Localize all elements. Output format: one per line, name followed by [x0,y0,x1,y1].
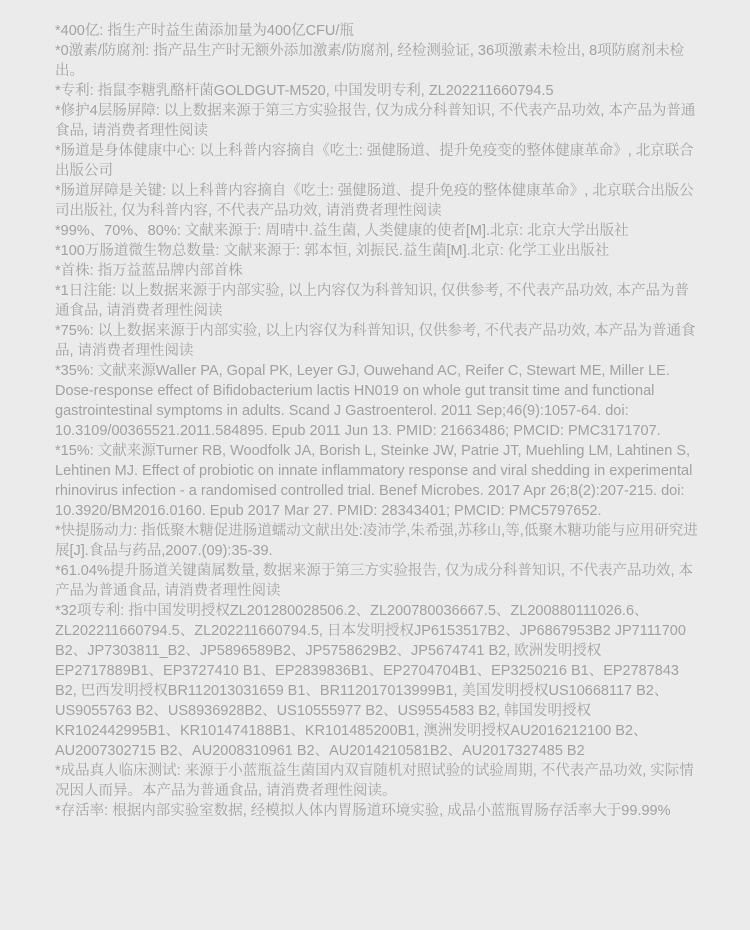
footnote-item: *75%: 以上数据来源于内部实验, 以上内容仅为科普知识, 仅供参考, 不代表… [55,321,700,361]
footnote-item: *400亿: 指生产时益生菌添加量为400亿CFU/瓶 [55,21,700,41]
footnote-item: *肠道是身体健康中心: 以上科普内容摘自《吃土: 强健肠道、提升免疫变的整体健康… [55,141,700,181]
footnote-item: *61.04%提升肠道关键菌属数量, 数据来源于第三方实验报告, 仅为成分科普知… [55,561,700,601]
footnote-item: *首株: 指万益蓝品牌内部首株 [55,261,700,281]
footnote-item: *0激素/防腐剂: 指产品生产时无额外添加激素/防腐剂, 经检测验证, 36项激… [55,41,700,81]
footnote-item: *32项专利: 指中国发明授权ZL201280028506.2、ZL200780… [55,601,700,761]
footnote-item: *100万肠道微生物总数量: 文献来源于: 郭本恒, 刘振民.益生菌[M].北京… [55,241,700,261]
footnote-item: *修护4层肠屏障: 以上数据来源于第三方实验报告, 仅为成分科普知识, 不代表产… [55,101,700,141]
footnote-item: *35%: 文献来源Waller PA, Gopal PK, Leyer GJ,… [55,361,700,441]
footnote-list: *400亿: 指生产时益生菌添加量为400亿CFU/瓶*0激素/防腐剂: 指产品… [55,21,700,821]
footnote-item: *15%: 文献来源Turner RB, Woodfolk JA, Borish… [55,441,700,521]
footnote-item: *成品真人临床测试: 来源于小蓝瓶益生菌国内双盲随机对照试验的试验周期, 不代表… [55,761,700,801]
footnote-item: *专利: 指鼠李糖乳酪杆菌GOLDGUT-M520, 中国发明专利, ZL202… [55,81,700,101]
footnote-item: *1日注能: 以上数据来源于内部实验, 以上内容仅为科普知识, 仅供参考, 不代… [55,281,700,321]
footnote-item: *存活率: 根据内部实验室数据, 经模拟人体内胃肠道环境实验, 成品小蓝瓶胃肠存… [55,801,700,821]
footnote-item: *快提肠动力: 指低聚木糖促进肠道蠕动文献出处:凌沛学,朱希强,苏移山,等,低聚… [55,521,700,561]
footnote-item: *肠道屏障是关键: 以上科普内容摘自《吃土: 强健肠道、提升免疫的整体健康革命》… [55,181,700,221]
product-disclaimer-section: *400亿: 指生产时益生菌添加量为400亿CFU/瓶*0激素/防腐剂: 指产品… [0,0,750,841]
footnote-item: *99%、70%、80%: 文献来源于: 周晴中.益生菌, 人类健康的使者[M]… [55,221,700,241]
